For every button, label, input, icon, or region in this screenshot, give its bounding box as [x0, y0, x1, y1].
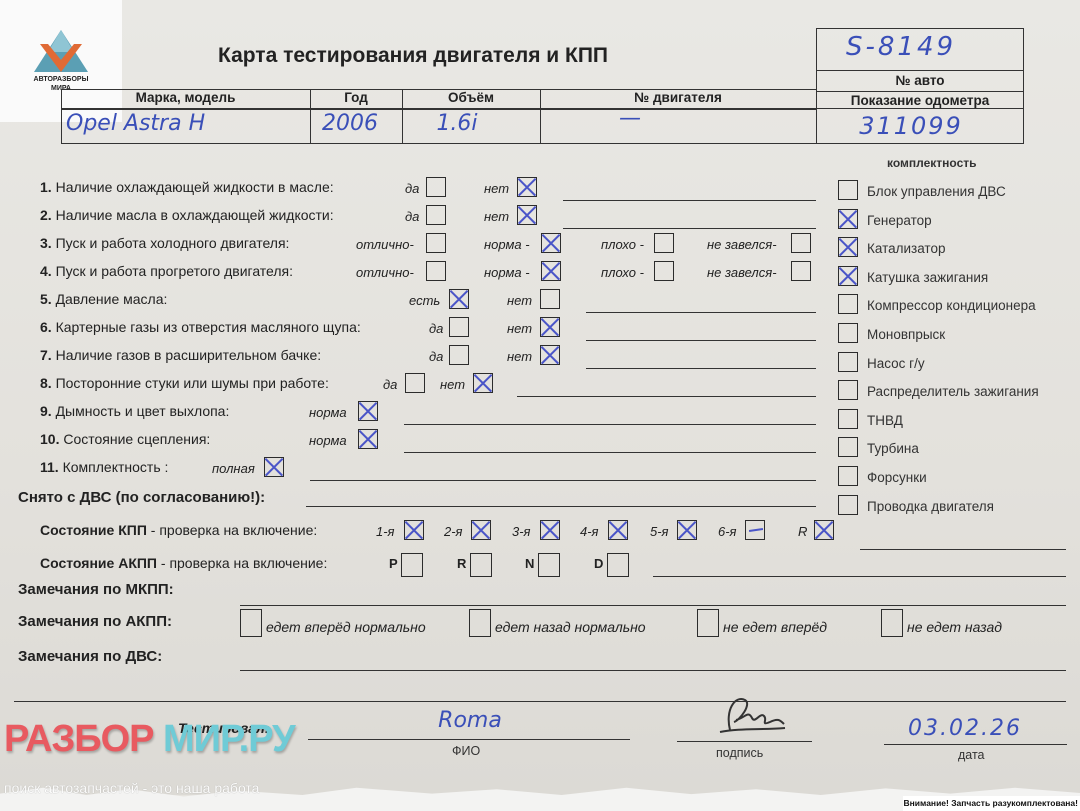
kit-checkbox[interactable]	[838, 180, 858, 200]
option-checkbox[interactable]	[517, 205, 537, 225]
logo-mountain-icon	[34, 30, 88, 74]
option-label: плохо -	[601, 237, 644, 252]
check-item-number: 6.	[40, 319, 56, 335]
option-label: плохо -	[601, 265, 644, 280]
removed-from-engine-label: Снято с ДВС (по согласованию!):	[18, 489, 265, 506]
tester-name-value[interactable]: Roma	[400, 708, 540, 733]
odometer-value[interactable]: 311099	[816, 112, 1006, 140]
check-item-text: Дымность и цвет выхлопа:	[56, 403, 230, 419]
volume-label: Объём	[402, 90, 540, 105]
date-caption: дата	[958, 748, 985, 762]
make-model-value[interactable]: Opel Astra H	[66, 111, 296, 136]
kit-checkbox[interactable]	[838, 323, 858, 343]
option-label: норма	[309, 433, 347, 448]
option-label: да	[429, 349, 443, 364]
engine-no-value[interactable]: —	[540, 106, 720, 131]
check-note-line[interactable]	[310, 480, 816, 481]
logo-text-line1: АВТОРАЗБОРЫ	[0, 76, 122, 83]
option-label: не завелся-	[707, 237, 777, 252]
option-label: отлично-	[356, 237, 414, 252]
manual-gear-label: 5-я	[650, 524, 669, 539]
check-item-number: 10.	[40, 431, 63, 447]
option-label: есть	[409, 293, 440, 308]
auto-gearbox-line[interactable]	[653, 576, 1066, 577]
dvs-remarks-line-2[interactable]	[14, 701, 1066, 702]
kit-item-label: Проводка двигателя	[867, 499, 994, 514]
kit-checkbox[interactable]	[838, 352, 858, 372]
check-item-text: Наличие охлаждающей жидкости в масле:	[56, 179, 334, 195]
manual-gear-label: R	[798, 524, 807, 539]
auto-gear-label: N	[525, 556, 534, 571]
akpp-remark-label: не едет назад	[907, 619, 1002, 635]
check-item-text: Картерные газы из отверстия масляного щу…	[56, 319, 361, 335]
check-item-number: 5.	[40, 291, 56, 307]
engine-no-label: № двигателя	[540, 90, 816, 105]
check-item-number: 7.	[40, 347, 56, 363]
kit-item-label: Блок управления ДВС	[867, 184, 1006, 199]
kit-item-label: Турбина	[867, 441, 919, 456]
check-note-line[interactable]	[563, 200, 816, 201]
option-checkbox[interactable]	[517, 177, 537, 197]
check-item-label: 9. Дымность и цвет выхлопа:	[40, 403, 229, 419]
divider	[816, 70, 1024, 71]
manual-gearbox-line[interactable]	[860, 549, 1066, 550]
kit-checkbox[interactable]	[838, 466, 858, 486]
check-item-label: 2. Наличие масла в охлаждающей жидкости:	[40, 207, 334, 223]
option-label: да	[405, 209, 419, 224]
car-no-value[interactable]: S-8149	[816, 32, 986, 62]
option-checkbox[interactable]	[791, 261, 811, 281]
kit-checkbox[interactable]	[838, 495, 858, 515]
option-label: нет	[507, 321, 532, 336]
kit-item-label: ТНВД	[867, 413, 903, 428]
name-caption: ФИО	[452, 744, 480, 758]
option-label: нет	[484, 181, 509, 196]
manual-gear-checkbox[interactable]	[540, 520, 560, 540]
auto-gear-label: P	[389, 556, 398, 571]
option-checkbox[interactable]	[426, 261, 446, 281]
auto-gear-checkbox[interactable]	[470, 553, 492, 577]
kit-checkbox[interactable]	[838, 380, 858, 400]
check-note-line[interactable]	[517, 396, 816, 397]
option-checkbox[interactable]	[540, 289, 560, 309]
check-item-number: 2.	[40, 207, 56, 223]
kit-checkbox[interactable]	[838, 266, 858, 286]
manual-gear-checkbox[interactable]	[814, 520, 834, 540]
option-checkbox[interactable]	[449, 317, 469, 337]
akpp-remark-label: едет вперёд нормально	[266, 619, 426, 635]
manual-gear-label: 6-я	[718, 524, 737, 539]
watermark-logo: РАЗБОР МИР.РУ	[4, 718, 295, 761]
check-item-label: 1. Наличие охлаждающей жидкости в масле:	[40, 179, 334, 195]
option-label: нет	[484, 209, 509, 224]
volume-value[interactable]: 1.6i	[402, 111, 512, 136]
option-label: отлично-	[356, 265, 414, 280]
akpp-remark-checkbox[interactable]	[881, 609, 903, 637]
check-note-line[interactable]	[586, 368, 816, 369]
manual-gear-checkbox[interactable]	[745, 520, 765, 540]
check-item-label: 11. Комплектность :	[40, 459, 168, 475]
make-model-label: Марка, модель	[61, 90, 310, 105]
check-item-text: Посторонние стуки или шумы при работе:	[56, 375, 329, 391]
check-note-line[interactable]	[404, 424, 816, 425]
date-value[interactable]: 03.02.26	[880, 716, 1050, 741]
check-item-label: 7. Наличие газов в расширительном бачке:	[40, 347, 321, 363]
year-label: Год	[310, 90, 402, 105]
auto-gear-label: R	[457, 556, 466, 571]
check-item-number: 11.	[40, 459, 63, 475]
manual-gear-label: 4-я	[580, 524, 599, 539]
check-item-text: Пуск и работа прогретого двигателя:	[56, 263, 293, 279]
check-item-label: 10. Состояние сцепления:	[40, 431, 210, 447]
check-item-text: Наличие масла в охлаждающей жидкости:	[56, 207, 334, 223]
option-label: не завелся-	[707, 265, 777, 280]
signature-mark	[700, 690, 790, 740]
akpp-remark-label: едет назад нормально	[495, 619, 646, 635]
check-item-label: 6. Картерные газы из отверстия масляного…	[40, 319, 361, 335]
kit-checkbox[interactable]	[838, 437, 858, 457]
option-label: норма	[309, 405, 347, 420]
akpp-remark-checkbox[interactable]	[240, 609, 262, 637]
option-checkbox[interactable]	[541, 233, 561, 253]
manual-gearbox-label: Состояние КПП - проверка на включение:	[40, 522, 317, 538]
kit-item-label: Катушка зажигания	[867, 270, 988, 285]
auto-gear-checkbox[interactable]	[607, 553, 629, 577]
option-label: норма -	[484, 265, 530, 280]
option-label: нет	[507, 349, 532, 364]
option-label: да	[383, 377, 397, 392]
incomplete-warning: Внимание! Запчасть разукомплектована!	[903, 796, 1080, 811]
kit-item-label: Катализатор	[867, 241, 945, 256]
option-label: норма -	[484, 237, 530, 252]
akpp-remark-checkbox[interactable]	[469, 609, 491, 637]
car-no-label: № авто	[816, 73, 1024, 88]
mkpp-remarks-line[interactable]	[240, 605, 1066, 606]
auto-gear-checkbox[interactable]	[538, 553, 560, 577]
check-note-line[interactable]	[586, 312, 816, 313]
option-checkbox[interactable]	[654, 233, 674, 253]
option-label: нет	[440, 377, 465, 392]
dvs-remarks-line[interactable]	[240, 670, 1066, 671]
date-line[interactable]	[884, 744, 1067, 745]
kit-checkbox[interactable]	[838, 237, 858, 257]
removed-from-engine-line[interactable]	[306, 506, 816, 507]
kit-checkbox[interactable]	[838, 409, 858, 429]
check-item-label: 5. Давление масла:	[40, 291, 167, 307]
kit-item-label: Насос г/у	[867, 356, 925, 371]
kit-checkbox[interactable]	[838, 294, 858, 314]
option-checkbox[interactable]	[358, 401, 378, 421]
dvs-remarks-label: Замечания по ДВС:	[18, 648, 162, 665]
option-checkbox[interactable]	[449, 289, 469, 309]
auto-gear-label: D	[594, 556, 603, 571]
page-title: Карта тестирования двигателя и КПП	[218, 44, 608, 68]
option-checkbox[interactable]	[264, 457, 284, 477]
manual-gear-label: 3-я	[512, 524, 531, 539]
mkpp-remarks-label: Замечания по МКПП:	[18, 581, 174, 598]
option-label: нет	[507, 293, 532, 308]
manual-gear-checkbox[interactable]	[471, 520, 491, 540]
watermark-slogan: поиск автозапчастей - это наша работа	[4, 780, 259, 796]
year-value[interactable]: 2006	[310, 111, 390, 136]
check-item-label: 8. Посторонние стуки или шумы при работе…	[40, 375, 329, 391]
akpp-remarks-label: Замечания по АКПП:	[18, 613, 172, 630]
akpp-remark-checkbox[interactable]	[697, 609, 719, 637]
check-item-number: 3.	[40, 235, 56, 251]
kit-item-label: Компрессор кондиционера	[867, 298, 1036, 313]
check-item-label: 3. Пуск и работа холодного двигателя:	[40, 235, 289, 251]
kit-item-label: Распределитель зажигания	[867, 384, 1039, 399]
odometer-label: Показание одометра	[816, 93, 1024, 108]
manual-gear-label: 1-я	[376, 524, 395, 539]
option-checkbox[interactable]	[654, 261, 674, 281]
akpp-remark-label: не едет вперёд	[723, 619, 827, 635]
kit-checkbox[interactable]	[838, 209, 858, 229]
check-item-text: Комплектность :	[63, 459, 169, 475]
check-item-number: 9.	[40, 403, 56, 419]
kit-item-label: Форсунки	[867, 470, 927, 485]
option-checkbox[interactable]	[541, 261, 561, 281]
manual-gear-checkbox[interactable]	[404, 520, 424, 540]
option-label: да	[405, 181, 419, 196]
signature-caption: подпись	[716, 746, 763, 760]
check-note-line[interactable]	[563, 228, 816, 229]
check-item-text: Состояние сцепления:	[63, 431, 210, 447]
option-label: полная	[212, 461, 255, 476]
check-item-number: 8.	[40, 375, 56, 391]
option-checkbox[interactable]	[540, 317, 560, 337]
check-item-text: Наличие газов в расширительном бачке:	[56, 347, 322, 363]
check-note-line[interactable]	[586, 340, 816, 341]
divider	[816, 108, 1024, 109]
option-checkbox[interactable]	[426, 233, 446, 253]
option-checkbox[interactable]	[473, 373, 493, 393]
option-checkbox[interactable]	[449, 345, 469, 365]
option-checkbox[interactable]	[426, 205, 446, 225]
auto-gear-checkbox[interactable]	[401, 553, 423, 577]
manual-gear-checkbox[interactable]	[608, 520, 628, 540]
check-item-number: 4.	[40, 263, 56, 279]
option-checkbox[interactable]	[540, 345, 560, 365]
option-checkbox[interactable]	[358, 429, 378, 449]
option-checkbox[interactable]	[791, 233, 811, 253]
divider	[816, 91, 1024, 92]
signature-line[interactable]	[677, 741, 812, 742]
kit-item-label: Генератор	[867, 213, 932, 228]
option-label: да	[429, 321, 443, 336]
name-line[interactable]	[308, 739, 630, 740]
check-item-text: Давление масла:	[56, 291, 168, 307]
check-item-label: 4. Пуск и работа прогретого двигателя:	[40, 263, 293, 279]
check-item-number: 1.	[40, 179, 56, 195]
manual-gear-label: 2-я	[444, 524, 463, 539]
kit-title: комплектность	[887, 156, 977, 170]
option-checkbox[interactable]	[426, 177, 446, 197]
kit-item-label: Моновпрыск	[867, 327, 945, 342]
option-checkbox[interactable]	[405, 373, 425, 393]
auto-gearbox-label: Состояние АКПП - проверка на включение:	[40, 555, 327, 571]
manual-gear-checkbox[interactable]	[677, 520, 697, 540]
check-item-text: Пуск и работа холодного двигателя:	[56, 235, 290, 251]
check-note-line[interactable]	[404, 452, 816, 453]
